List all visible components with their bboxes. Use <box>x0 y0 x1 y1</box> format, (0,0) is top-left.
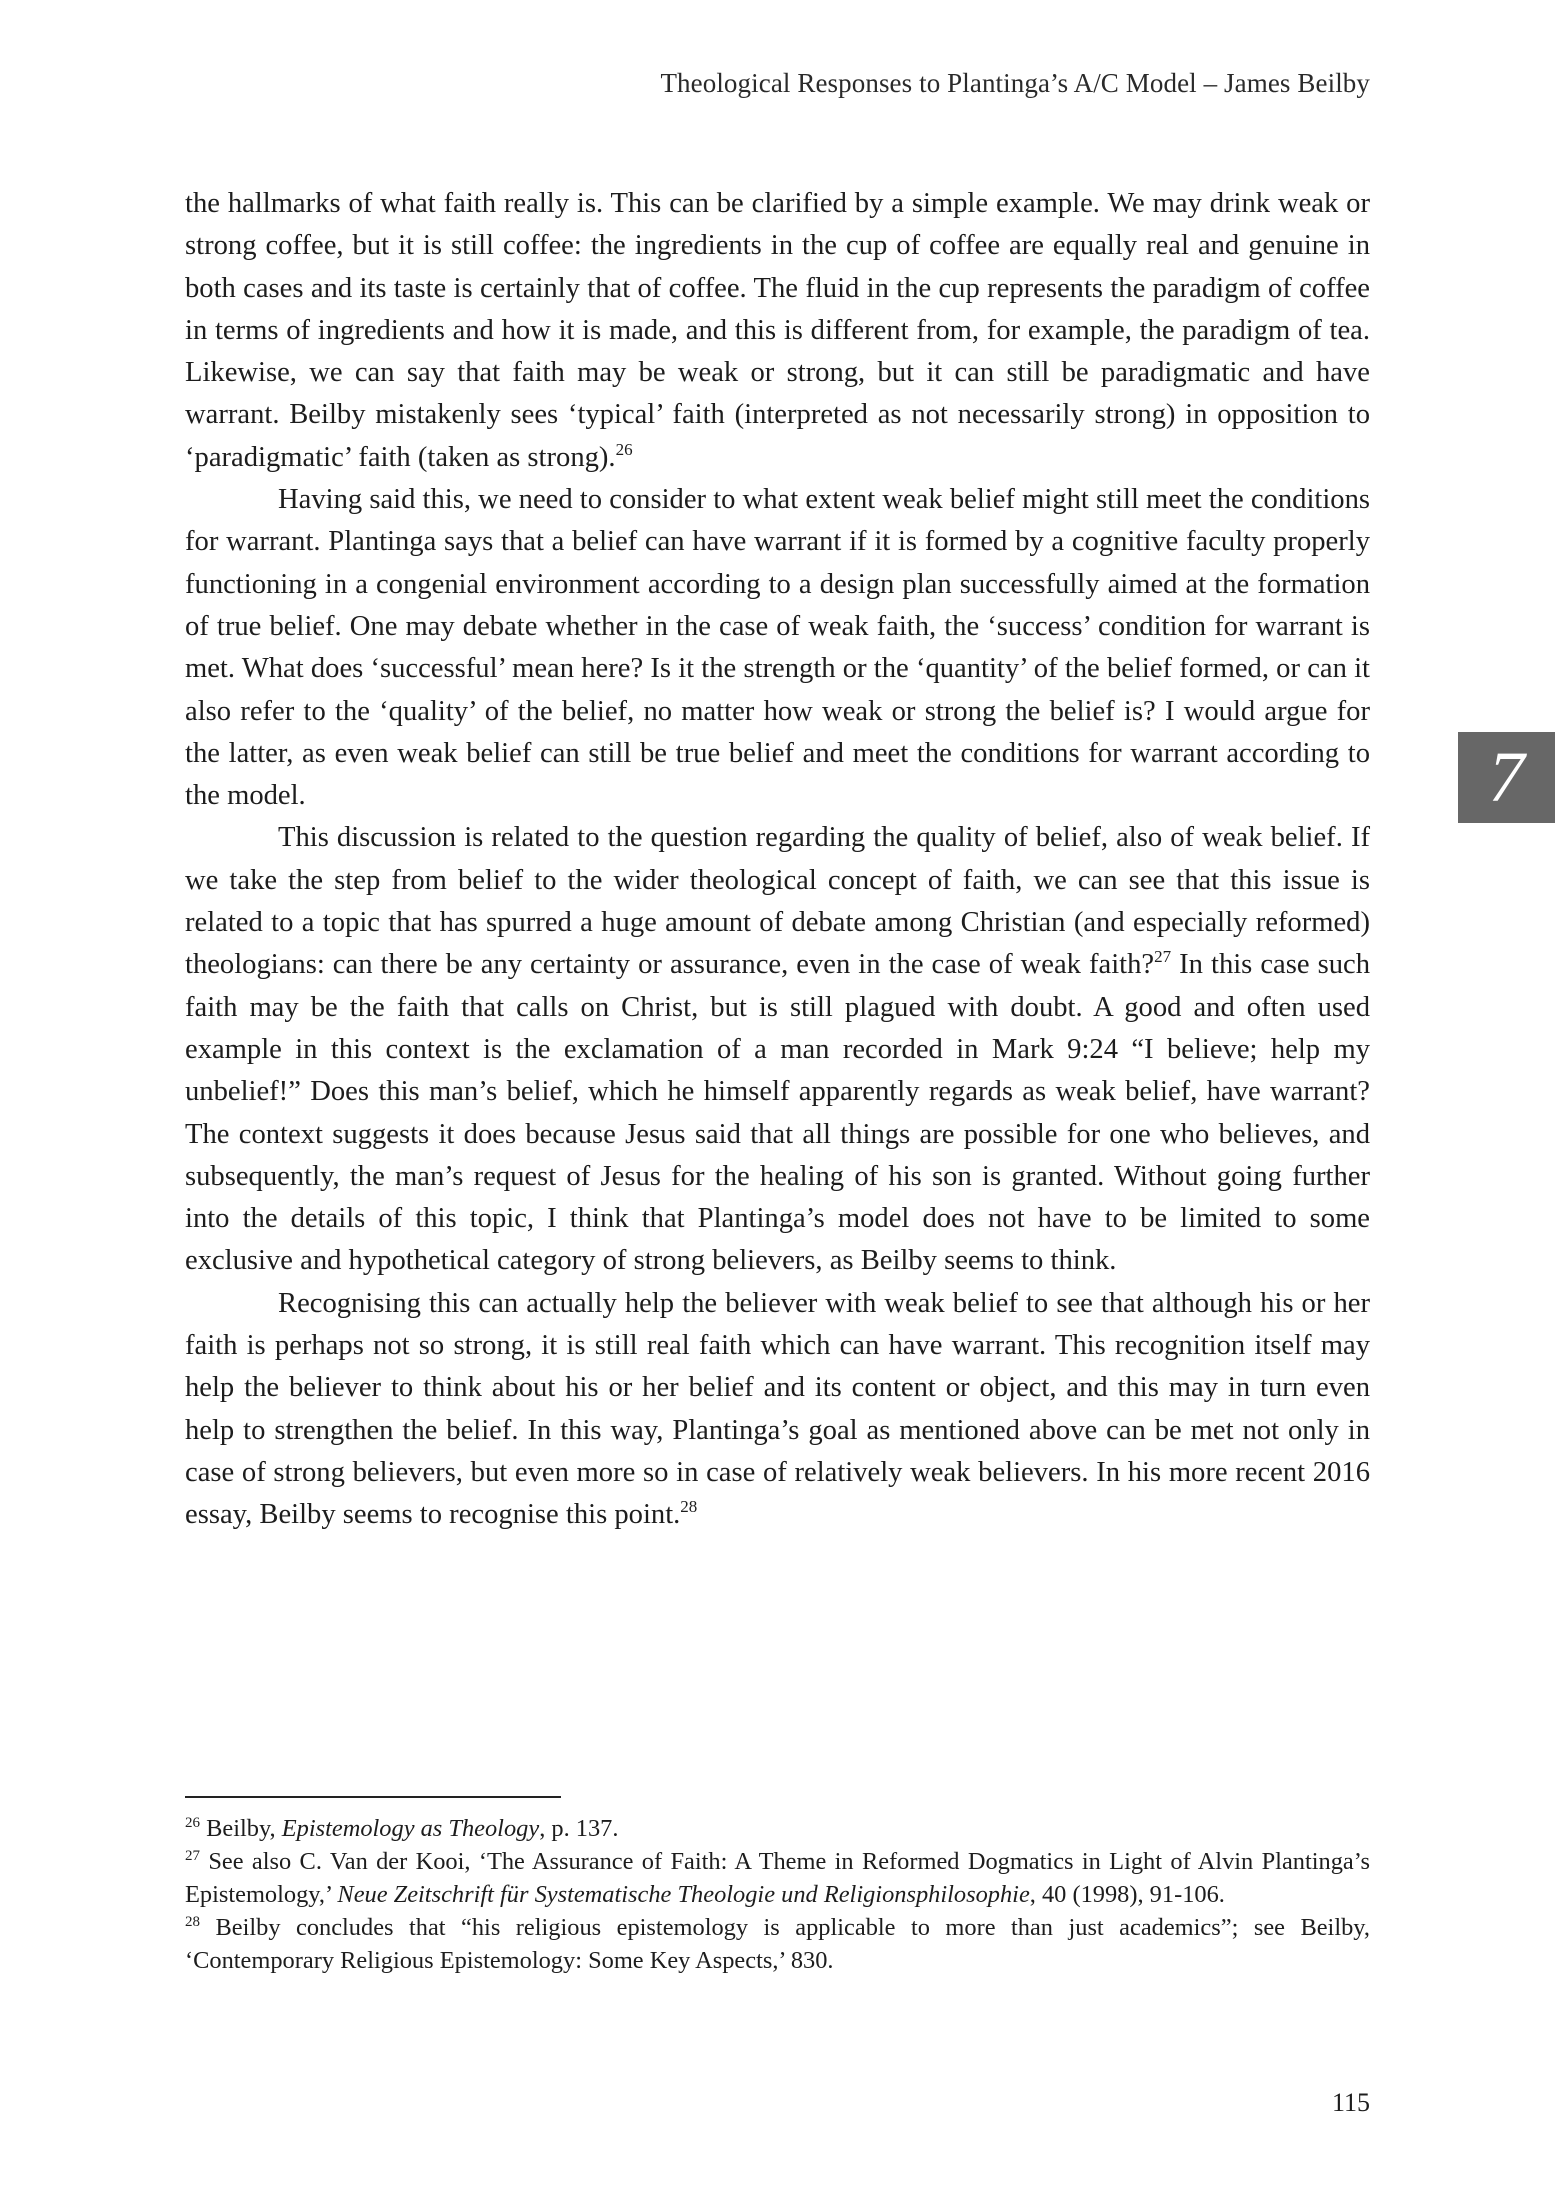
paragraph: the hallmarks of what faith really is. T… <box>185 183 1370 479</box>
footnote: 27 See also C. Van der Kooi, ‘The Assura… <box>185 1845 1370 1911</box>
footnote-ref[interactable]: 26 <box>616 440 633 459</box>
footnotes: 26 Beilby, Epistemology as Theology, p. … <box>185 1812 1370 1977</box>
footnote-text: Beilby concludes that “his religious epi… <box>185 1914 1370 1974</box>
paragraph: Recognising this can actually help the b… <box>185 1283 1370 1537</box>
footnote: 28 Beilby concludes that “his religious … <box>185 1911 1370 1977</box>
footnote-text: Beilby, <box>200 1815 282 1842</box>
footnote-number: 26 <box>185 1815 200 1831</box>
running-header: Theological Responses to Plantinga’s A/C… <box>660 68 1370 99</box>
footnote-title: Epistemology as Theology <box>282 1815 539 1842</box>
footnote-title: Neue Zeitschrift für Systematische Theol… <box>337 1881 1029 1908</box>
footnote-ref[interactable]: 27 <box>1154 947 1171 966</box>
footnote-text: , p. 137. <box>539 1815 618 1842</box>
paragraph-text: In this case such faith may be the faith… <box>185 949 1370 1276</box>
footnote-number: 27 <box>185 1848 200 1864</box>
body-text: the hallmarks of what faith really is. T… <box>185 183 1370 1537</box>
page-number: 115 <box>1332 2088 1370 2118</box>
footnote-text: , 40 (1998), 91-106. <box>1030 1881 1225 1908</box>
chapter-tab: 7 <box>1458 732 1555 823</box>
paragraph-text: Having said this, we need to consider to… <box>185 484 1370 811</box>
paragraph-text: Recognising this can actually help the b… <box>185 1288 1370 1530</box>
footnote: 26 Beilby, Epistemology as Theology, p. … <box>185 1812 1370 1845</box>
footnote-number: 28 <box>185 1914 200 1930</box>
paragraph: Having said this, we need to consider to… <box>185 479 1370 817</box>
paragraph-text: the hallmarks of what faith really is. T… <box>185 188 1370 473</box>
paragraph: This discussion is related to the questi… <box>185 817 1370 1282</box>
footnote-ref[interactable]: 28 <box>680 1497 697 1516</box>
footnote-divider <box>185 1796 561 1798</box>
